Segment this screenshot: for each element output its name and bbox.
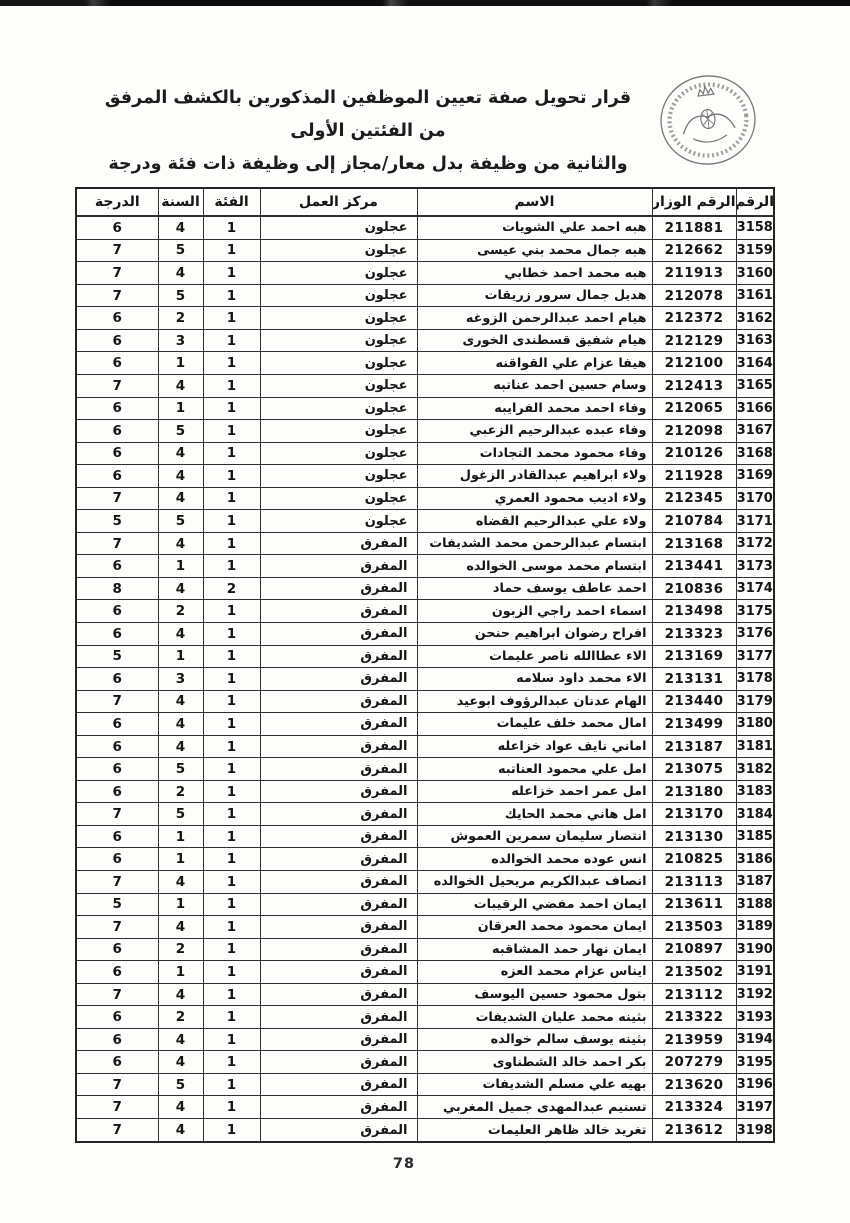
cell-year: 4: [158, 1028, 203, 1051]
cell-year: 4: [158, 871, 203, 894]
cell-year: 1: [158, 893, 203, 916]
cell-work_center: المفرق: [260, 1096, 417, 1119]
cell-year: 5: [158, 803, 203, 826]
cell-ministry_num: 213169: [652, 645, 736, 668]
cell-work_center: المفرق: [260, 735, 417, 758]
cell-year: 4: [158, 983, 203, 1006]
employees-table: الرقمالرقم الوزاريالاسممركز العملالفئةال…: [75, 187, 775, 1143]
cell-year: 2: [158, 1006, 203, 1029]
cell-category: 1: [203, 487, 260, 510]
cell-work_center: المفرق: [260, 961, 417, 984]
page-number: 78: [0, 1156, 850, 1172]
cell-ministry_num: 213620: [652, 1073, 736, 1096]
cell-ministry_num: 210897: [652, 938, 736, 961]
cell-work_center: عجلون: [260, 262, 417, 285]
cell-ministry_num: 212345: [652, 487, 736, 510]
cell-grade: 6: [76, 758, 158, 781]
cell-work_center: المفرق: [260, 532, 417, 555]
cell-name: تسنيم عبدالمهدى جميل المغربي: [417, 1096, 652, 1119]
cell-num: 3160: [736, 262, 774, 285]
cell-category: 1: [203, 307, 260, 330]
cell-ministry_num: 213440: [652, 690, 736, 713]
cell-year: 1: [158, 555, 203, 578]
cell-year: 2: [158, 600, 203, 623]
coat-of-arms-seal-icon: [642, 68, 774, 172]
cell-grade: 6: [76, 216, 158, 239]
cell-category: 1: [203, 442, 260, 465]
cell-ministry_num: 210126: [652, 442, 736, 465]
cell-grade: 6: [76, 848, 158, 871]
cell-year: 4: [158, 623, 203, 646]
table-row: 3197213324تسنيم عبدالمهدى جميل المغربيال…: [76, 1096, 774, 1119]
cell-grade: 6: [76, 825, 158, 848]
cell-num: 3178: [736, 668, 774, 691]
cell-work_center: المفرق: [260, 1073, 417, 1096]
cell-grade: 7: [76, 916, 158, 939]
cell-ministry_num: 213180: [652, 780, 736, 803]
cell-name: امل عمر احمد خزاعله: [417, 780, 652, 803]
column-header-year: السنة: [158, 188, 203, 216]
cell-year: 3: [158, 329, 203, 352]
cell-num: 3175: [736, 600, 774, 623]
cell-ministry_num: 211881: [652, 216, 736, 239]
table-row: 3191213502ايناس عزام محمد العزهالمفرق116: [76, 961, 774, 984]
cell-grade: 6: [76, 1028, 158, 1051]
cell-ministry_num: 212065: [652, 397, 736, 420]
cell-work_center: عجلون: [260, 465, 417, 488]
cell-name: ولاء اديب محمود العمري: [417, 487, 652, 510]
cell-name: وفاء احمد محمد الفرايبه: [417, 397, 652, 420]
cell-category: 1: [203, 262, 260, 285]
cell-year: 4: [158, 487, 203, 510]
cell-num: 3163: [736, 329, 774, 352]
cell-work_center: المفرق: [260, 645, 417, 668]
cell-grade: 6: [76, 442, 158, 465]
cell-work_center: المفرق: [260, 577, 417, 600]
cell-num: 3168: [736, 442, 774, 465]
cell-category: 1: [203, 329, 260, 352]
cell-name: ولاء علي عبدالرحيم القضاه: [417, 510, 652, 533]
table-row: 3186210825انس عوده محمد الخوالدهالمفرق11…: [76, 848, 774, 871]
cell-category: 1: [203, 374, 260, 397]
cell-category: 1: [203, 825, 260, 848]
cell-name: ايمان نهار حمد المشاقبه: [417, 938, 652, 961]
cell-ministry_num: 213130: [652, 825, 736, 848]
cell-work_center: المفرق: [260, 825, 417, 848]
cell-category: 1: [203, 848, 260, 871]
cell-work_center: المفرق: [260, 871, 417, 894]
cell-category: 1: [203, 690, 260, 713]
cell-num: 3189: [736, 916, 774, 939]
cell-work_center: عجلون: [260, 420, 417, 443]
cell-category: 1: [203, 758, 260, 781]
cell-grade: 7: [76, 803, 158, 826]
table-row: 3174210836احمد عاطف يوسف حمادالمفرق248: [76, 577, 774, 600]
table-row: 3198213612تغريد خالد ظاهر العليماتالمفرق…: [76, 1119, 774, 1142]
table-row: 3183213180امل عمر احمد خزاعلهالمفرق126: [76, 780, 774, 803]
cell-work_center: عجلون: [260, 510, 417, 533]
cell-work_center: المفرق: [260, 1006, 417, 1029]
table-row: 3159212662هبه جمال محمد بني عيسىعجلون157: [76, 239, 774, 262]
column-header-ministry_num: الرقم الوزاري: [652, 188, 736, 216]
cell-num: 3179: [736, 690, 774, 713]
table-row: 3175213498اسماء احمد راجي الزبونالمفرق12…: [76, 600, 774, 623]
cell-ministry_num: 213611: [652, 893, 736, 916]
table-row: 3160211913هبه محمد احمد خطابيعجلون147: [76, 262, 774, 285]
cell-num: 3173: [736, 555, 774, 578]
cell-year: 2: [158, 780, 203, 803]
cell-work_center: عجلون: [260, 307, 417, 330]
cell-name: امل هاني محمد الحايك: [417, 803, 652, 826]
cell-work_center: عجلون: [260, 216, 417, 239]
cell-work_center: المفرق: [260, 803, 417, 826]
cell-category: 1: [203, 1119, 260, 1142]
cell-category: 1: [203, 352, 260, 375]
cell-ministry_num: 212129: [652, 329, 736, 352]
cell-category: 1: [203, 983, 260, 1006]
table-row: 3165212413وسام حسين احمد عناتبهعجلون147: [76, 374, 774, 397]
table-row: 3167212098وفاء عبده عبدالرحيم الزعبيعجلو…: [76, 420, 774, 443]
table-row: 3182213075امل علي محمود العناتبهالمفرق15…: [76, 758, 774, 781]
cell-grade: 6: [76, 352, 158, 375]
cell-num: 3186: [736, 848, 774, 871]
table-row: 3178213131الاء محمد داود سلامهالمفرق136: [76, 668, 774, 691]
column-header-num: الرقم: [736, 188, 774, 216]
cell-work_center: المفرق: [260, 668, 417, 691]
cell-grade: 6: [76, 1051, 158, 1074]
table-row: 3172213168ابتسام عبدالرحمن محمد الشديفات…: [76, 532, 774, 555]
cell-num: 3188: [736, 893, 774, 916]
cell-category: 1: [203, 555, 260, 578]
cell-grade: 7: [76, 532, 158, 555]
cell-grade: 6: [76, 780, 158, 803]
cell-grade: 6: [76, 329, 158, 352]
cell-category: 1: [203, 600, 260, 623]
cell-grade: 5: [76, 645, 158, 668]
cell-grade: 6: [76, 600, 158, 623]
cell-year: 5: [158, 239, 203, 262]
cell-year: 1: [158, 961, 203, 984]
cell-name: احمد عاطف يوسف حماد: [417, 577, 652, 600]
cell-name: تغريد خالد ظاهر العليمات: [417, 1119, 652, 1142]
table-row: 3161212078هديل جمال سرور زريقاتعجلون157: [76, 284, 774, 307]
cell-year: 2: [158, 938, 203, 961]
scan-artifact-top-edge: [0, 0, 850, 6]
document-page: قرار تحويل صفة تعيين الموظفين المذكورين …: [0, 0, 850, 1223]
table-row: 3179213440الهام عدنان عبدالرؤوف ابوعيدال…: [76, 690, 774, 713]
cell-num: 3177: [736, 645, 774, 668]
cell-year: 1: [158, 825, 203, 848]
cell-grade: 7: [76, 239, 158, 262]
cell-category: 1: [203, 284, 260, 307]
table-row: 3162212372هيام احمد عبدالرحمن الزوغهعجلو…: [76, 307, 774, 330]
cell-name: الاء عطاالله ناصر عليمات: [417, 645, 652, 668]
cell-name: ايمان محمود محمد العرقان: [417, 916, 652, 939]
table-row: 3168210126وفاء محمود محمد النجاداتعجلون1…: [76, 442, 774, 465]
cell-work_center: المفرق: [260, 600, 417, 623]
cell-grade: 7: [76, 1119, 158, 1142]
cell-num: 3167: [736, 420, 774, 443]
cell-ministry_num: 213187: [652, 735, 736, 758]
table-row: 3195207279بكر احمد خالد الشطناوىالمفرق14…: [76, 1051, 774, 1074]
cell-name: انس عوده محمد الخوالده: [417, 848, 652, 871]
cell-category: 1: [203, 420, 260, 443]
cell-num: 3159: [736, 239, 774, 262]
cell-ministry_num: 213323: [652, 623, 736, 646]
cell-num: 3184: [736, 803, 774, 826]
cell-name: امال محمد خلف عليمات: [417, 713, 652, 736]
table-row: 3163212129هيام شفيق قسطندى الخورىعجلون13…: [76, 329, 774, 352]
cell-year: 4: [158, 735, 203, 758]
cell-grade: 5: [76, 510, 158, 533]
cell-year: 1: [158, 397, 203, 420]
cell-ministry_num: 210784: [652, 510, 736, 533]
cell-work_center: المفرق: [260, 1028, 417, 1051]
cell-category: 1: [203, 871, 260, 894]
table-row: 3170212345ولاء اديب محمود العمريعجلون147: [76, 487, 774, 510]
cell-work_center: عجلون: [260, 352, 417, 375]
cell-work_center: المفرق: [260, 848, 417, 871]
cell-work_center: عجلون: [260, 442, 417, 465]
cell-year: 4: [158, 1051, 203, 1074]
cell-num: 3172: [736, 532, 774, 555]
cell-grade: 6: [76, 420, 158, 443]
table-row: 3194213959بثينه يوسف سالم خوالدهالمفرق14…: [76, 1028, 774, 1051]
cell-ministry_num: 213612: [652, 1119, 736, 1142]
cell-num: 3196: [736, 1073, 774, 1096]
cell-year: 1: [158, 352, 203, 375]
cell-grade: 8: [76, 577, 158, 600]
cell-name: اسماء احمد راجي الزبون: [417, 600, 652, 623]
cell-category: 1: [203, 1006, 260, 1029]
table-row: 3158211881هبه احمد علي الشوياتعجلون146: [76, 216, 774, 239]
cell-name: ابتسام عبدالرحمن محمد الشديفات: [417, 532, 652, 555]
cell-grade: 6: [76, 735, 158, 758]
cell-category: 2: [203, 577, 260, 600]
column-header-grade: الدرجة: [76, 188, 158, 216]
column-header-work_center: مركز العمل: [260, 188, 417, 216]
cell-category: 1: [203, 216, 260, 239]
cell-ministry_num: 213170: [652, 803, 736, 826]
cell-num: 3162: [736, 307, 774, 330]
table-row: 3192213112بتول محمود حسين اليوسفالمفرق14…: [76, 983, 774, 1006]
cell-ministry_num: 213131: [652, 668, 736, 691]
cell-category: 1: [203, 668, 260, 691]
cell-work_center: المفرق: [260, 983, 417, 1006]
title-line-1: قرار تحويل صفة تعيين الموظفين المذكورين …: [105, 88, 631, 141]
table-row: 3180213499امال محمد خلف عليماتالمفرق146: [76, 713, 774, 736]
cell-year: 4: [158, 532, 203, 555]
table-body: 3158211881هبه احمد علي الشوياتعجلون14631…: [76, 216, 774, 1142]
cell-ministry_num: 211928: [652, 465, 736, 488]
cell-year: 5: [158, 284, 203, 307]
cell-year: 1: [158, 848, 203, 871]
table-row: 3196213620بهيه علي مسلم الشديفاتالمفرق15…: [76, 1073, 774, 1096]
cell-name: بثينه محمد عليان الشديفات: [417, 1006, 652, 1029]
cell-category: 1: [203, 780, 260, 803]
cell-grade: 6: [76, 307, 158, 330]
cell-num: 3193: [736, 1006, 774, 1029]
cell-name: بتول محمود حسين اليوسف: [417, 983, 652, 1006]
cell-name: هبه احمد علي الشويات: [417, 216, 652, 239]
cell-category: 1: [203, 1096, 260, 1119]
cell-grade: 7: [76, 374, 158, 397]
cell-year: 1: [158, 645, 203, 668]
cell-year: 4: [158, 690, 203, 713]
table-row: 3189213503ايمان محمود محمد العرقانالمفرق…: [76, 916, 774, 939]
cell-grade: 6: [76, 1006, 158, 1029]
cell-year: 4: [158, 442, 203, 465]
cell-work_center: عجلون: [260, 374, 417, 397]
cell-name: بثينه يوسف سالم خوالده: [417, 1028, 652, 1051]
cell-work_center: المفرق: [260, 938, 417, 961]
cell-num: 3165: [736, 374, 774, 397]
cell-ministry_num: 212662: [652, 239, 736, 262]
cell-num: 3194: [736, 1028, 774, 1051]
cell-category: 1: [203, 645, 260, 668]
table-header-row: الرقمالرقم الوزاريالاسممركز العملالفئةال…: [76, 188, 774, 216]
cell-category: 1: [203, 397, 260, 420]
table-row: 3171210784ولاء علي عبدالرحيم القضاهعجلون…: [76, 510, 774, 533]
cell-num: 3183: [736, 780, 774, 803]
cell-name: هيفا عزام علي القواقنه: [417, 352, 652, 375]
cell-grade: 7: [76, 690, 158, 713]
cell-year: 5: [158, 510, 203, 533]
cell-num: 3187: [736, 871, 774, 894]
cell-ministry_num: 213324: [652, 1096, 736, 1119]
cell-num: 3190: [736, 938, 774, 961]
cell-ministry_num: 212098: [652, 420, 736, 443]
cell-name: بهيه علي مسلم الشديفات: [417, 1073, 652, 1096]
cell-num: 3174: [736, 577, 774, 600]
cell-year: 5: [158, 420, 203, 443]
cell-ministry_num: 211913: [652, 262, 736, 285]
cell-num: 3197: [736, 1096, 774, 1119]
cell-year: 4: [158, 1119, 203, 1142]
cell-work_center: المفرق: [260, 916, 417, 939]
cell-category: 1: [203, 465, 260, 488]
cell-work_center: المفرق: [260, 713, 417, 736]
cell-name: اماني نايف عواد خزاعله: [417, 735, 652, 758]
cell-name: وسام حسين احمد عناتبه: [417, 374, 652, 397]
cell-work_center: عجلون: [260, 397, 417, 420]
cell-category: 1: [203, 713, 260, 736]
cell-num: 3180: [736, 713, 774, 736]
cell-work_center: المفرق: [260, 555, 417, 578]
cell-grade: 6: [76, 961, 158, 984]
table-row: 3193213322بثينه محمد عليان الشديفاتالمفر…: [76, 1006, 774, 1029]
cell-num: 3195: [736, 1051, 774, 1074]
cell-ministry_num: 210836: [652, 577, 736, 600]
cell-ministry_num: 213441: [652, 555, 736, 578]
cell-grade: 7: [76, 871, 158, 894]
cell-work_center: عجلون: [260, 487, 417, 510]
cell-category: 1: [203, 1073, 260, 1096]
cell-year: 4: [158, 577, 203, 600]
cell-category: 1: [203, 735, 260, 758]
cell-year: 4: [158, 713, 203, 736]
table-row: 3187213113انصاف عبدالكريم مريحيل الخوالد…: [76, 871, 774, 894]
cell-ministry_num: 213168: [652, 532, 736, 555]
table-row: 3190210897ايمان نهار حمد المشاقبهالمفرق1…: [76, 938, 774, 961]
cell-year: 4: [158, 1096, 203, 1119]
table-row: 3185213130انتصار سليمان سمرين العموشالمف…: [76, 825, 774, 848]
cell-name: هديل جمال سرور زريقات: [417, 284, 652, 307]
column-header-name: الاسم: [417, 188, 652, 216]
cell-grade: 6: [76, 623, 158, 646]
cell-category: 1: [203, 916, 260, 939]
cell-name: بكر احمد خالد الشطناوى: [417, 1051, 652, 1074]
cell-num: 3169: [736, 465, 774, 488]
cell-work_center: المفرق: [260, 758, 417, 781]
cell-name: ولاء ابراهيم عبدالقادر الزغول: [417, 465, 652, 488]
cell-num: 3166: [736, 397, 774, 420]
table-row: 3184213170امل هاني محمد الحايكالمفرق157: [76, 803, 774, 826]
cell-name: ايناس عزام محمد العزه: [417, 961, 652, 984]
cell-category: 1: [203, 1028, 260, 1051]
cell-name: الهام عدنان عبدالرؤوف ابوعيد: [417, 690, 652, 713]
cell-num: 3192: [736, 983, 774, 1006]
table-row: 3181213187اماني نايف عواد خزاعلهالمفرق14…: [76, 735, 774, 758]
cell-work_center: عجلون: [260, 239, 417, 262]
cell-num: 3185: [736, 825, 774, 848]
table-row: 3164212100هيفا عزام علي القواقنهعجلون116: [76, 352, 774, 375]
cell-grade: 6: [76, 938, 158, 961]
cell-ministry_num: 213959: [652, 1028, 736, 1051]
cell-name: هبه محمد احمد خطابي: [417, 262, 652, 285]
cell-category: 1: [203, 510, 260, 533]
cell-grade: 6: [76, 555, 158, 578]
cell-work_center: المفرق: [260, 780, 417, 803]
cell-work_center: عجلون: [260, 329, 417, 352]
cell-work_center: المفرق: [260, 1051, 417, 1074]
cell-name: هيام احمد عبدالرحمن الزوغه: [417, 307, 652, 330]
cell-num: 3171: [736, 510, 774, 533]
cell-name: انتصار سليمان سمرين العموش: [417, 825, 652, 848]
cell-category: 1: [203, 1051, 260, 1074]
table-row: 3166212065وفاء احمد محمد الفرايبهعجلون11…: [76, 397, 774, 420]
table-row: 3177213169الاء عطاالله ناصر عليماتالمفرق…: [76, 645, 774, 668]
cell-num: 3164: [736, 352, 774, 375]
cell-work_center: المفرق: [260, 690, 417, 713]
cell-num: 3176: [736, 623, 774, 646]
cell-name: امل علي محمود العناتبه: [417, 758, 652, 781]
cell-num: 3161: [736, 284, 774, 307]
cell-grade: 5: [76, 893, 158, 916]
cell-ministry_num: 213499: [652, 713, 736, 736]
cell-category: 1: [203, 893, 260, 916]
cell-num: 3181: [736, 735, 774, 758]
cell-work_center: المفرق: [260, 1119, 417, 1142]
cell-grade: 7: [76, 1096, 158, 1119]
table-row: 3173213441ابتسام محمد موسى الخوالدهالمفر…: [76, 555, 774, 578]
cell-ministry_num: 213113: [652, 871, 736, 894]
cell-grade: 6: [76, 668, 158, 691]
cell-name: وفاء عبده عبدالرحيم الزعبي: [417, 420, 652, 443]
cell-grade: 7: [76, 1073, 158, 1096]
cell-ministry_num: 212413: [652, 374, 736, 397]
cell-grade: 7: [76, 487, 158, 510]
cell-grade: 6: [76, 713, 158, 736]
cell-name: وفاء محمود محمد النجادات: [417, 442, 652, 465]
cell-ministry_num: 207279: [652, 1051, 736, 1074]
cell-name: ايمان احمد مفضي الرقيبات: [417, 893, 652, 916]
cell-year: 4: [158, 374, 203, 397]
cell-year: 4: [158, 216, 203, 239]
cell-name: ابتسام محمد موسى الخوالده: [417, 555, 652, 578]
cell-category: 1: [203, 803, 260, 826]
cell-grade: 6: [76, 397, 158, 420]
